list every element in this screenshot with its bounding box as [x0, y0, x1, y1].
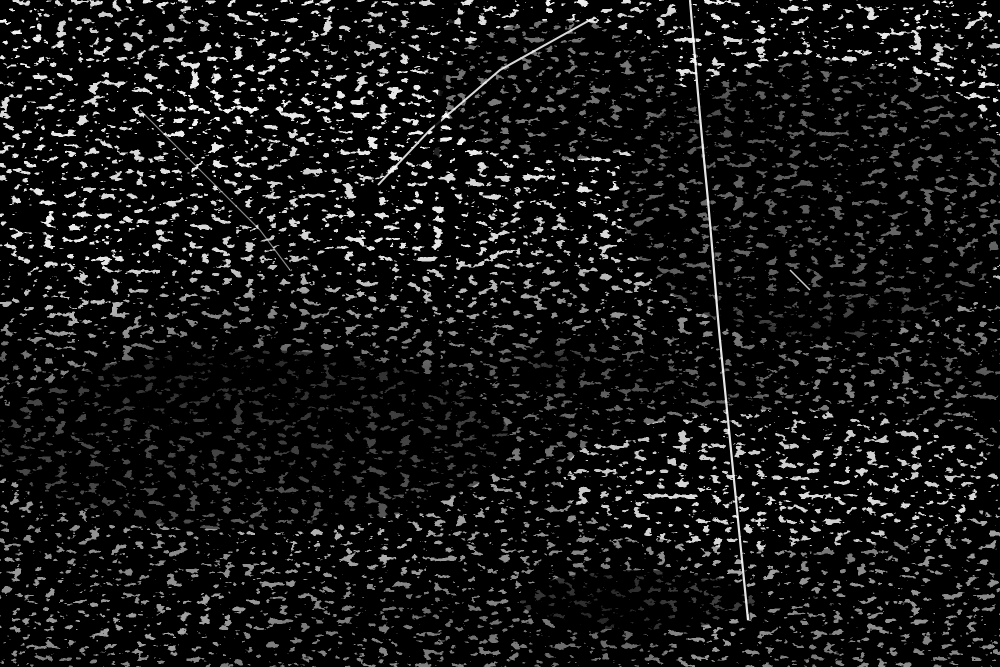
texture-canvas [0, 0, 1000, 667]
grunge-texture-image: Black and white distressed grunge textur… [0, 0, 1000, 667]
speckle-layer [0, 0, 1000, 667]
